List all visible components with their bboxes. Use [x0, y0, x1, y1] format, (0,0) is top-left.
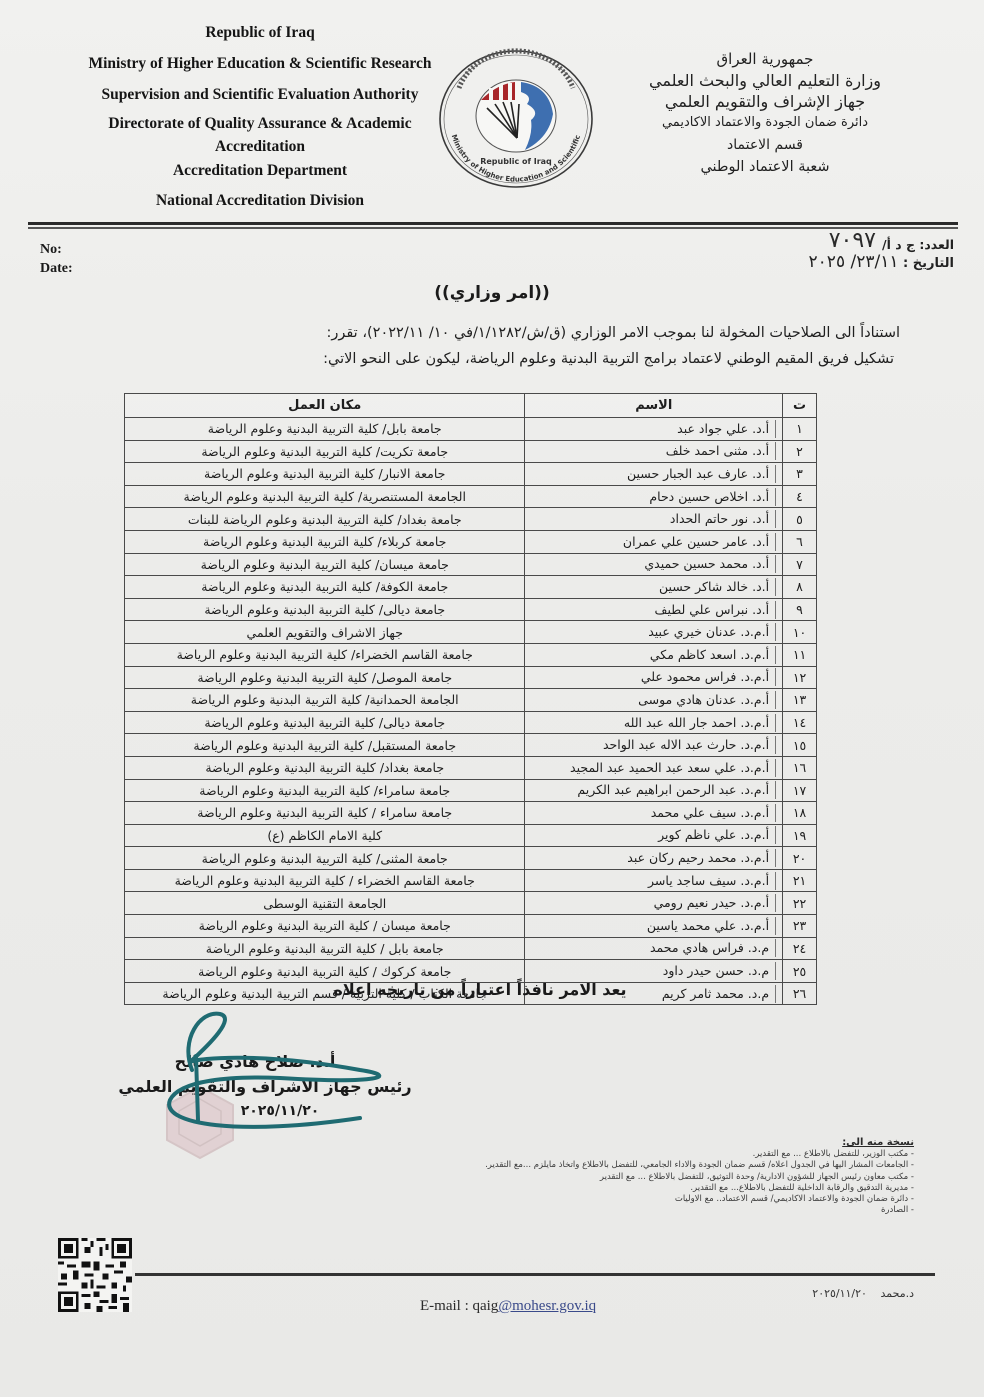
header-index: ت [783, 394, 817, 418]
intro-text: استناداً الى الصلاحيات المخولة لنا بموجب… [170, 320, 900, 372]
row-index: ٢٣ [783, 915, 817, 938]
row-index: ٦ [783, 530, 817, 553]
table-row: ١١أ.م.د. اسعد كاظم مكيجامعة القاسم الخضر… [125, 643, 817, 666]
reference-number-value: ٧٠٩٧ [829, 230, 876, 252]
copies-to-item: الصادرة [494, 1205, 914, 1216]
row-name: أ.م.د. علي سعد عبد الحميد عبد المجيد [525, 756, 783, 779]
ar-line-authority: جهاز الإشراف والتقويم العلمي [600, 92, 930, 112]
row-name: أ.د. نبراس علي لطيف [525, 598, 783, 621]
footer-clerk-name: د.محمد [880, 1287, 914, 1300]
row-name: أ.م.د. اسعد كاظم مكي [525, 643, 783, 666]
row-workplace: الجامعة الحمدانية/ كلية التربية البدنية … [125, 689, 525, 712]
qr-code-icon [58, 1238, 132, 1312]
email-link[interactable]: @mohesr.gov.iq [498, 1298, 596, 1314]
copies-to-item: مكتب معاون رئيس الجهاز للشؤون الادارية/ … [494, 1172, 914, 1183]
reference-number: العدد: ج د أ/ ٧٠٩٧ [714, 230, 954, 252]
intro-paragraph-2: تشكيل فريق المقيم الوطني لاعتماد برامج ا… [170, 346, 900, 372]
table-row: ١٩أ.م.د. علي ناظم كويركلية الامام الكاظم… [125, 824, 817, 847]
row-workplace: جامعة الانبار/ كلية التربية البدنية وعلو… [125, 463, 525, 486]
row-name: أ.د. عارف عبد الجبار حسين [525, 463, 783, 486]
english-letterhead: Republic of Iraq Ministry of Higher Educ… [40, 20, 480, 213]
row-index: ١٩ [783, 824, 817, 847]
table-row: ١٥أ.م.د. حارث عبد الاله عبد الواحدجامعة … [125, 734, 817, 757]
table-row: ١٠أ.م.د. عدنان خيري عبيدجهاز الاشراف وال… [125, 621, 817, 644]
row-workplace: جامعة المثنى/ كلية التربية البدنية وعلوم… [125, 847, 525, 870]
table-row: ١أ.د. علي جواد عبدجامعة بابل/ كلية الترب… [125, 418, 817, 441]
row-name: أ.د. مثنى احمد خلف [525, 440, 783, 463]
member-name: أ.م.د. عدنان هادي موسى [638, 691, 776, 709]
row-name: أ.م.د. فراس محمود علي [525, 666, 783, 689]
member-name: أ.د. محمد حسين حميدي [644, 555, 776, 573]
row-workplace: جامعة القاسم الخضراء/ كلية التربية البدن… [125, 643, 525, 666]
en-line-republic: Republic of Iraq [40, 20, 480, 45]
row-index: ١٢ [783, 666, 817, 689]
row-index: ٢٥ [783, 960, 817, 983]
table-row: ١٤أ.م.د. احمد جار الله عبد اللهجامعة ديا… [125, 711, 817, 734]
row-index: ٢٢ [783, 892, 817, 915]
row-name: م.د. فراس هادي محمد [525, 937, 783, 960]
row-workplace: جامعة كركوك / كلية التربية البدنية وعلوم… [125, 960, 525, 983]
row-workplace: جامعة تكريت/ كلية التربية البدنية وعلوم … [125, 440, 525, 463]
intro-paragraph-1: استناداً الى الصلاحيات المخولة لنا بموجب… [170, 320, 900, 346]
signatory-name: أ.د. صلاح هادي صالح [90, 1050, 440, 1074]
row-index: ١٣ [783, 689, 817, 712]
table-row: ٢٠أ.م.د. محمد رحيم ركان عبدجامعة المثنى/… [125, 847, 817, 870]
table-row: ٢أ.د. مثنى احمد خلفجامعة تكريت/ كلية الت… [125, 440, 817, 463]
row-workplace: جهاز الاشراف والتقويم العلمي [125, 621, 525, 644]
table-row: ٦أ.د. عامر حسين علي عمرانجامعة كربلاء/ ك… [125, 530, 817, 553]
footer-email: E-mail : qaig@mohesr.gov.iq [420, 1298, 596, 1315]
member-name: أ.م.د. فراس محمود علي [641, 668, 776, 686]
row-name: أ.م.د. احمد جار الله عبد الله [525, 711, 783, 734]
document-title: ((امر وزاري)) [0, 283, 984, 303]
row-name: أ.د. علي جواد عبد [525, 418, 783, 441]
row-index: ١٤ [783, 711, 817, 734]
row-name: أ.م.د. حيدر نعيم رومي [525, 892, 783, 915]
row-workplace: جامعة ديالى/ كلية التربية البدنية وعلوم … [125, 711, 525, 734]
footer-divider [135, 1273, 935, 1276]
copies-to-item: دائرة ضمان الجودة والاعتماد الاكاديمي/ ق… [494, 1194, 914, 1205]
row-workplace: جامعة ديالى/ كلية التربية البدنية وعلوم … [125, 598, 525, 621]
row-workplace: جامعة القاسم الخضراء / كلية التربية البد… [125, 869, 525, 892]
row-name: أ.د. اخلاص حسين دحام [525, 485, 783, 508]
row-name: أ.م.د. حارث عبد الاله عبد الواحد [525, 734, 783, 757]
row-workplace: جامعة بابل / كلية التربية البدنية وعلوم … [125, 937, 525, 960]
row-index: ٢ [783, 440, 817, 463]
header-name: الاسم [525, 394, 783, 418]
row-workplace: الجامعة التقنية الوسطى [125, 892, 525, 915]
member-name: أ.م.د. سيف علي محمد [651, 804, 776, 822]
ar-line-ministry: وزارة التعليم العالي والبحث العلمي [600, 70, 930, 92]
table-row: ٣أ.د. عارف عبد الجبار حسينجامعة الانبار/… [125, 463, 817, 486]
row-index: ١٨ [783, 802, 817, 825]
member-name: أ.م.د. حيدر نعيم رومي [654, 894, 777, 912]
row-index: ١ [783, 418, 817, 441]
row-index: ٧ [783, 553, 817, 576]
copies-to-item: الجامعات المشار اليها في الجدول اعلاه/ ق… [494, 1160, 914, 1171]
header-divider [28, 222, 958, 225]
member-name: أ.د. نبراس علي لطيف [655, 601, 777, 619]
row-name: أ.م.د. علي ناظم كوير [525, 824, 783, 847]
row-name: أ.د. نور حاتم الحداد [525, 508, 783, 531]
footer-clerk: د.محمد ٢٠٢٥/١١/٢٠ [802, 1287, 914, 1300]
member-name: أ.د. اخلاص حسين دحام [649, 488, 776, 506]
row-workplace: جامعة سامراء/ كلية التربية البدنية وعلوم… [125, 779, 525, 802]
en-line-authority: Supervision and Scientific Evaluation Au… [40, 82, 480, 107]
signatory-position: رئيس جهاز الاشراف والتقويم العلمي [90, 1074, 440, 1100]
reference-block-ar: العدد: ج د أ/ ٧٠٩٧ التاريخ : ٢٣/١١/ ٢٠٢٥ [714, 230, 954, 272]
member-name: أ.د. نور حاتم الحداد [670, 510, 776, 528]
table-row: ١٦أ.م.د. علي سعد عبد الحميد عبد المجيدجا… [125, 756, 817, 779]
date-label: Date: [40, 259, 73, 278]
row-index: ٢٦ [783, 982, 817, 1005]
table-row: ١٧أ.م.د. عبد الرحمن ابراهيم عبد الكريمجا… [125, 779, 817, 802]
row-workplace: جامعة المستقبل/ كلية التربية البدنية وعل… [125, 734, 525, 757]
row-name: أ.م.د. سيف علي محمد [525, 802, 783, 825]
reference-date: التاريخ : ٢٣/١١/ ٢٠٢٥ [714, 252, 954, 272]
table-row: ٨أ.د. خالد شاكر حسينجامعة الكوفة/ كلية ا… [125, 576, 817, 599]
table-row: ٢٤م.د. فراس هادي محمدجامعة بابل / كلية ا… [125, 937, 817, 960]
en-line-ministry: Ministry of Higher Education & Scientifi… [40, 51, 480, 76]
member-name: أ.م.د. محمد رحيم ركان عبد [627, 849, 776, 867]
ar-line-republic: جمهورية العراق [600, 48, 930, 70]
member-name: أ.د. علي جواد عبد [677, 420, 776, 438]
member-name: أ.د. مثنى احمد خلف [666, 442, 776, 460]
table-row: ١٢أ.م.د. فراس محمود عليجامعة الموصل/ كلي… [125, 666, 817, 689]
row-index: ٩ [783, 598, 817, 621]
document-page: Republic of Iraq Ministry of Higher Educ… [0, 0, 984, 1397]
reference-labels-en: No: Date: [40, 240, 73, 278]
member-name: أ.م.د. احمد جار الله عبد الله [624, 714, 776, 732]
row-index: ٣ [783, 463, 817, 486]
row-name: أ.م.د. محمد رحيم ركان عبد [525, 847, 783, 870]
row-name: أ.م.د. عدنان خيري عبيد [525, 621, 783, 644]
copies-to-item: مديرية التدقيق والرقابة الداخلية للتفضل … [494, 1183, 914, 1194]
row-name: م.د. حسن حيدر داود [525, 960, 783, 983]
member-name: أ.د. عامر حسين علي عمران [623, 533, 776, 551]
member-name: أ.م.د. عدنان خيري عبيد [648, 623, 776, 641]
row-workplace: جامعة ميسان/ كلية التربية البدنية وعلوم … [125, 553, 525, 576]
table-header-row: ت الاسم مكان العمل [125, 394, 817, 418]
team-members-table: ت الاسم مكان العمل ١أ.د. علي جواد عبدجام… [124, 393, 817, 1005]
row-name: أ.م.د. عدنان هادي موسى [525, 689, 783, 712]
row-workplace: جامعة سامراء / كلية التربية البدنية وعلو… [125, 802, 525, 825]
reference-number-label: العدد: ج د أ/ [882, 237, 954, 252]
en-line-directorate-cont: Accreditation [40, 135, 480, 159]
reference-date-value: ٢٣/١١/ ٢٠٢٥ [809, 252, 899, 272]
row-index: ٤ [783, 485, 817, 508]
member-name: أ.د. خالد شاكر حسين [659, 578, 776, 596]
row-workplace: جامعة الموصل/ كلية التربية البدنية وعلوم… [125, 666, 525, 689]
table-row: ٢٥م.د. حسن حيدر داودجامعة كركوك / كلية ا… [125, 960, 817, 983]
table-row: ١٣أ.م.د. عدنان هادي موسىالجامعة الحمداني… [125, 689, 817, 712]
no-label: No: [40, 240, 73, 259]
row-name: أ.د. عامر حسين علي عمران [525, 530, 783, 553]
member-name: أ.م.د. علي ناظم كوير [658, 826, 776, 844]
row-name: أ.م.د. سيف ساجد ياسر [525, 869, 783, 892]
ar-line-department: قسم الاعتماد [600, 134, 930, 156]
table-row: ٥أ.د. نور حاتم الحدادجامعة بغداد/ كلية ا… [125, 508, 817, 531]
signature-block: أ.د. صلاح هادي صالح رئيس جهاز الاشراف وا… [90, 1050, 440, 1122]
reference-date-label: التاريخ : [903, 256, 954, 271]
svg-text:Republic of Iraq: Republic of Iraq [480, 157, 552, 166]
member-name: م.د. حسن حيدر داود [663, 962, 776, 980]
email-label: E-mail : qaig [420, 1298, 498, 1314]
copies-to-title: نسخة منه الى: [494, 1137, 914, 1148]
table-row: ٤أ.د. اخلاص حسين دحامالجامعة المستنصرية/… [125, 485, 817, 508]
row-workplace: جامعة كربلاء/ كلية التربية البدنية وعلوم… [125, 530, 525, 553]
member-name: م.د. فراس هادي محمد [650, 939, 776, 957]
header-divider-thin [28, 227, 958, 229]
effective-statement: يعد الامر نافذاً اعتباراً من تاريخه اعلا… [250, 980, 710, 999]
header-workplace: مكان العمل [125, 394, 525, 418]
row-workplace: جامعة ميسان / كلية التربية البدنية وعلوم… [125, 915, 525, 938]
copies-to-item: مكتب الوزير، للتفضل بالاطلاع ... مع التق… [494, 1149, 914, 1160]
table-row: ٢٢أ.م.د. حيدر نعيم روميالجامعة التقنية ا… [125, 892, 817, 915]
row-workplace: جامعة بغداد/ كلية التربية البدنية وعلوم … [125, 508, 525, 531]
member-name: أ.م.د. حارث عبد الاله عبد الواحد [603, 736, 776, 754]
en-line-directorate: Directorate of Quality Assurance & Acade… [40, 113, 480, 135]
member-name: أ.م.د. اسعد كاظم مكي [650, 646, 776, 664]
member-name: أ.م.د. سيف ساجد ياسر [648, 872, 776, 890]
en-line-department: Accreditation Department [40, 159, 480, 183]
row-index: ٨ [783, 576, 817, 599]
ar-line-division: شعبة الاعتماد الوطني [600, 156, 930, 178]
ar-line-directorate: دائرة ضمان الجودة والاعتماد الاكاديمي [600, 112, 930, 134]
member-name: أ.م.د. علي سعد عبد الحميد عبد المجيد [570, 759, 776, 777]
row-name: أ.د. محمد حسين حميدي [525, 553, 783, 576]
row-name: أ.د. خالد شاكر حسين [525, 576, 783, 599]
en-line-division: National Accreditation Division [40, 189, 480, 213]
row-workplace: الجامعة المستنصرية/ كلية التربية البدنية… [125, 485, 525, 508]
copies-to-list: نسخة منه الى: مكتب الوزير، للتفضل بالاطل… [494, 1137, 914, 1216]
member-name: أ.د. عارف عبد الجبار حسين [627, 465, 776, 483]
table-row: ٩أ.د. نبراس علي لطيفجامعة ديالى/ كلية ال… [125, 598, 817, 621]
row-workplace: جامعة بابل/ كلية التربية البدنية وعلوم ا… [125, 418, 525, 441]
member-name: أ.م.د. علي محمد ياسين [647, 917, 776, 935]
ministry-seal-logo-icon: Republic of Iraq Ministry of Higher Educ… [437, 48, 595, 190]
table-row: ٧أ.د. محمد حسين حميديجامعة ميسان/ كلية ا… [125, 553, 817, 576]
row-index: ١٠ [783, 621, 817, 644]
table-row: ٢١أ.م.د. سيف ساجد ياسرجامعة القاسم الخضر… [125, 869, 817, 892]
row-name: أ.م.د. علي محمد ياسين [525, 915, 783, 938]
table-row: ٢٣أ.م.د. علي محمد ياسينجامعة ميسان / كلي… [125, 915, 817, 938]
table-row: ١٨أ.م.د. سيف علي محمدجامعة سامراء / كلية… [125, 802, 817, 825]
row-index: ٢٠ [783, 847, 817, 870]
footer-clerk-date: ٢٠٢٥/١١/٢٠ [812, 1287, 867, 1300]
row-index: ٢٤ [783, 937, 817, 960]
row-workplace: جامعة بغداد/ كلية التربية البدنية وعلوم … [125, 756, 525, 779]
row-workplace: كلية الامام الكاظم (ع) [125, 824, 525, 847]
arabic-letterhead: جمهورية العراق وزارة التعليم العالي والب… [600, 48, 930, 178]
member-name: أ.م.د. عبد الرحمن ابراهيم عبد الكريم [577, 781, 776, 799]
row-index: ٥ [783, 508, 817, 531]
row-index: ١١ [783, 643, 817, 666]
row-index: ١٥ [783, 734, 817, 757]
signature-date: ٢٠٢٥/١١/٢٠ [90, 1100, 440, 1122]
row-index: ١٧ [783, 779, 817, 802]
row-index: ١٦ [783, 756, 817, 779]
row-index: ٢١ [783, 869, 817, 892]
row-workplace: جامعة الكوفة/ كلية التربية البدنية وعلوم… [125, 576, 525, 599]
row-name: أ.م.د. عبد الرحمن ابراهيم عبد الكريم [525, 779, 783, 802]
